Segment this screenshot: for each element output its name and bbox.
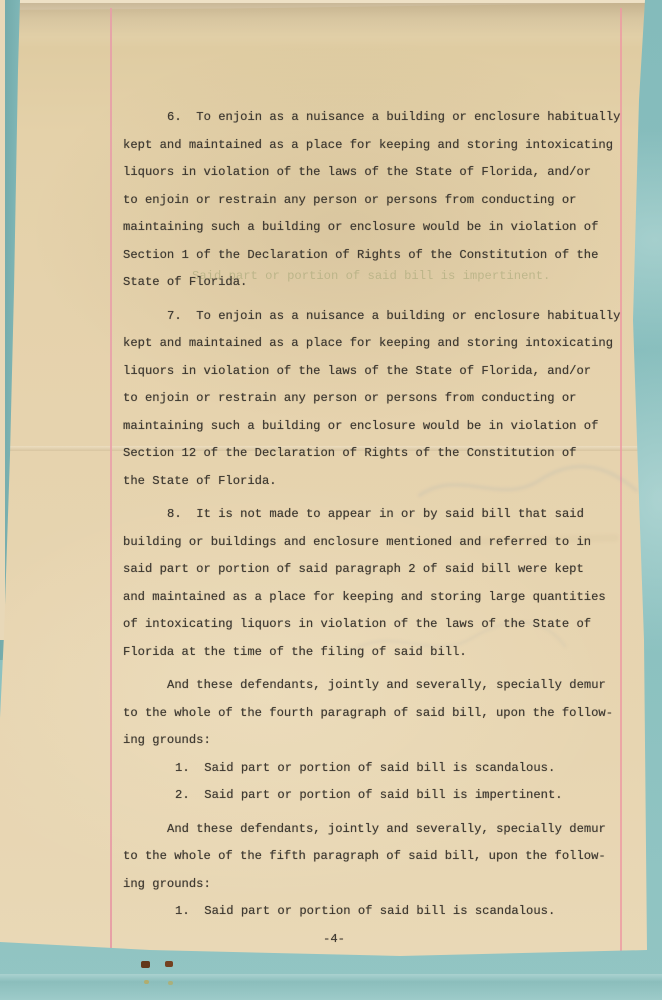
paper-top-fold-shadow — [0, 3, 662, 37]
rust-staple-mark — [141, 961, 150, 968]
text-line: Section 1 of the Declaration of Rights o… — [123, 242, 625, 270]
text-line: building or buildings and enclosure ment… — [123, 529, 625, 557]
text-line: 2. Said part or portion of said bill is … — [123, 782, 625, 810]
text-line: 7. To enjoin as a nuisance a building or… — [123, 303, 625, 331]
text-line: State of Florida. — [123, 269, 625, 297]
paragraph: And these defendants, jointly and severa… — [123, 672, 625, 755]
text-line: maintaining such a building or enclosure… — [123, 413, 625, 441]
text-line: And these defendants, jointly and severa… — [123, 816, 625, 844]
text-line: liquors in violation of the laws of the … — [123, 159, 625, 187]
text-line: to enjoin or restrain any person or pers… — [123, 385, 625, 413]
text-line: 1. Said part or portion of said bill is … — [123, 755, 625, 783]
paragraph: 7. To enjoin as a nuisance a building or… — [123, 303, 625, 496]
text-line: to enjoin or restrain any person or pers… — [123, 187, 625, 215]
text-line: of intoxicating liquors in violation of … — [123, 611, 625, 639]
text-line: ing grounds: — [123, 727, 625, 755]
text-line: and maintained as a place for keeping an… — [123, 584, 625, 612]
text-line: liquors in violation of the laws of the … — [123, 358, 625, 386]
paragraph: 6. To enjoin as a nuisance a building or… — [123, 104, 625, 297]
rust-staple-mark — [165, 961, 173, 967]
rust-dot — [168, 981, 173, 985]
paragraph: 1. Said part or portion of said bill is … — [123, 898, 625, 926]
text-line: kept and maintained as a place for keepi… — [123, 330, 625, 358]
under-sheet-edge — [0, 0, 5, 640]
text-line: And these defendants, jointly and severa… — [123, 672, 625, 700]
text-line: to the whole of the fourth paragraph of … — [123, 700, 625, 728]
text-line: 1. Said part or portion of said bill is … — [123, 898, 625, 926]
paragraphs: 6. To enjoin as a nuisance a building or… — [123, 104, 625, 926]
scanned-document-page: { "document": { "paragraphs": [ { "style… — [0, 0, 662, 1000]
text-line: ing grounds: — [123, 871, 625, 899]
text-line: kept and maintained as a place for keepi… — [123, 132, 625, 160]
text-line: 6. To enjoin as a nuisance a building or… — [123, 104, 625, 132]
paragraph: 8. It is not made to appear in or by sai… — [123, 501, 625, 666]
left-margin-rule — [110, 8, 112, 954]
text-line: the State of Florida. — [123, 468, 625, 496]
folder-bottom-fold — [0, 974, 662, 1000]
page-number: -4- — [123, 926, 625, 954]
text-line: Section 12 of the Declaration of Rights … — [123, 440, 625, 468]
paper-sheet: Said part or portion of said bill is imp… — [0, 0, 662, 960]
text-line: Florida at the time of the filing of sai… — [123, 639, 625, 667]
typed-text-column: 6. To enjoin as a nuisance a building or… — [123, 104, 625, 953]
paragraph: And these defendants, jointly and severa… — [123, 816, 625, 899]
text-line: maintaining such a building or enclosure… — [123, 214, 625, 242]
text-line: to the whole of the fifth paragraph of s… — [123, 843, 625, 871]
text-line: said part or portion of said paragraph 2… — [123, 556, 625, 584]
paragraph: 1. Said part or portion of said bill is … — [123, 755, 625, 783]
rust-dot — [144, 980, 149, 984]
paragraph: 2. Said part or portion of said bill is … — [123, 782, 625, 810]
text-line: 8. It is not made to appear in or by sai… — [123, 501, 625, 529]
